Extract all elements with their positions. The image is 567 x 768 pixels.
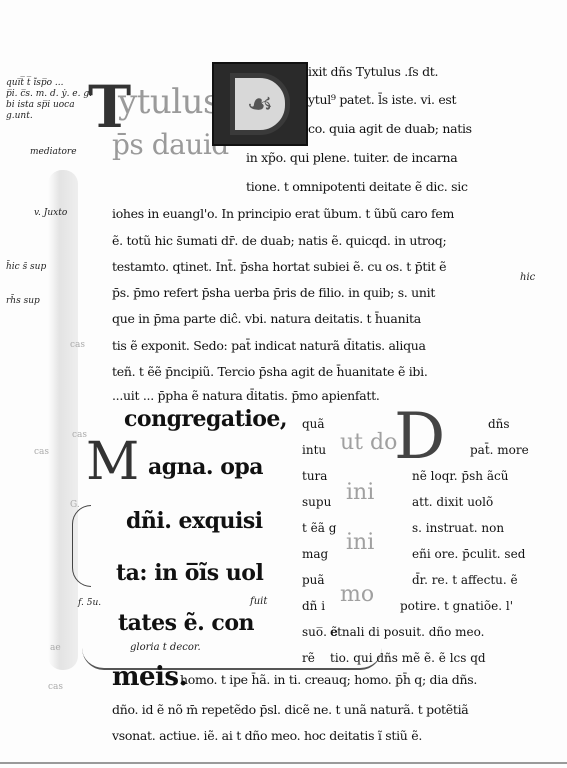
text-line-9: p̄s. p̄mo refert p̄sha uerba p̄ris de fi… xyxy=(112,285,435,301)
text-line-12: teñ. t ẽẽ p̄ncipiũ. Tercio p̄sha agit de… xyxy=(112,364,428,380)
initial-D-second: D xyxy=(394,405,445,469)
margin-note-top-4: g.unt. xyxy=(6,111,33,122)
mid-line-10: rẽ xyxy=(302,650,315,666)
margin-note-mediatore: mediatore xyxy=(30,147,77,158)
bottom-line-1: dño. id ẽ nõ m̄ repetẽdo p̄sl. dicẽ ne. … xyxy=(112,702,468,718)
mid-line-6: mag xyxy=(302,546,328,562)
right-line-6: eñi ore. p̄culit. sed xyxy=(412,546,525,562)
rubric-tytulus: ytulus xyxy=(118,82,220,122)
gloss-fuit: fuit xyxy=(250,596,267,607)
text-line-1: ixit dñs Tytulus .ſs dt. xyxy=(308,64,438,80)
text-line-7: ẽ. totũ hic s̄umati dr̄. de duab; natis … xyxy=(112,233,446,249)
text-line-6: iohes in euangl'o. In principio erat ũbu… xyxy=(112,206,454,222)
bottom-line-2: vsonat. actiue. iẽ. ai t dño meo. hoc de… xyxy=(112,728,422,744)
mid-line-2: intu xyxy=(302,442,326,458)
mid-line-7: puã xyxy=(302,572,325,588)
faint-rubric-ut-do: ut do xyxy=(340,430,397,455)
text-line-5: tione. t omnipotenti deitate ẽ dic. sic xyxy=(246,179,468,195)
mid-line-5: t ẽã g xyxy=(302,520,336,536)
margin-note-top-2: p̅i. c̅s. m. d. ẏ. e. g. xyxy=(6,89,92,100)
faint-rubric-ini-2: ini xyxy=(346,530,374,555)
mid-line-3: tura xyxy=(302,468,327,484)
right-line-10: tio. qui dñs mẽ ẽ. ẽ lcs qd xyxy=(330,650,486,666)
text-line-11: tis ẽ exponit. Sedo: pat̄ indicat naturã… xyxy=(112,338,426,354)
ornate-initial-D: ☙ xyxy=(212,62,308,146)
manuscript-page: qui̅t̅ t̅ ĩsp̅o ... p̅i. c̅s. m. d. ẏ. e… xyxy=(0,0,567,768)
text-line-homo: homo. t ipe h̄ã. in ti. creauq; homo. p̄… xyxy=(180,672,477,688)
right-line-1: dñs xyxy=(488,416,510,432)
flourish-ornament xyxy=(72,505,91,587)
mid-line-1: quã xyxy=(302,416,325,432)
margin-note-top-3: bi ista sp̅i uoca xyxy=(6,100,75,111)
margin-note-top-1: qui̅t̅ t̅ ĩsp̅o ... xyxy=(6,78,64,89)
right-line-2: pat̄. more xyxy=(470,442,529,458)
margin-note-sup-1: h̄ic s̄ sup xyxy=(6,262,46,273)
initial-D-figure-icon: ☙ xyxy=(230,73,290,135)
panel-line-congregatione: congregatioe, xyxy=(124,406,287,432)
text-line-3: co. quia agit de duab; natis xyxy=(308,121,472,137)
page-bottom-edge xyxy=(0,762,567,764)
right-line-5: s. instruat. non xyxy=(412,520,504,536)
margin-note-cas-3: cas xyxy=(34,447,49,458)
margin-note-cas-1: cas xyxy=(70,340,85,351)
mid-line-8: dñ i xyxy=(302,598,325,614)
text-line-8: testamto. qtinet. Int̄. p̄sha hortat sub… xyxy=(112,259,446,275)
faint-rubric-ini-1: ini xyxy=(346,480,374,505)
right-line-7: d̄r. re. t affectu. ẽ xyxy=(412,572,518,588)
text-line-10: que in p̄ma parte diĉ. vbi. natura deita… xyxy=(112,311,421,327)
margin-note-fs: f. 5u. xyxy=(78,598,101,609)
margin-note-cas-2: cas xyxy=(72,430,87,441)
faint-rubric-mo: mo xyxy=(340,582,374,607)
panel-line-meis: meis. xyxy=(112,664,187,690)
margin-note-v: v. Juxto xyxy=(34,208,67,219)
panel-line-tates-con: tates ẽ. con xyxy=(118,610,254,636)
margin-note-cas-4: cas xyxy=(48,682,63,693)
margin-note-ae: ae xyxy=(50,643,61,654)
text-line-13: ...uit ... p̄pha ẽ natura d̄itatis. p̄mo… xyxy=(112,388,380,404)
right-line-9: etnali di posuit. dño meo. xyxy=(330,624,484,640)
text-line-4: in xp̃o. qui plene. tuiter. de incarna xyxy=(246,150,457,166)
initial-M: M xyxy=(86,436,139,488)
right-line-4: att. dixit uolõ xyxy=(412,494,493,510)
panel-line-dni-exquisi: dñi. exquisi xyxy=(126,508,263,534)
mid-line-4: supu xyxy=(302,494,331,510)
right-line-3: nẽ loqr. p̄sh ãcũ xyxy=(412,468,508,484)
text-line-2: ytul⁹ patet. l̄s iste. vi. est xyxy=(308,92,456,108)
right-line-8: potire. t gnatiõe. l' xyxy=(400,598,513,614)
panel-line-ta-in-omnis: ta: in o̅ĩs uol xyxy=(116,560,263,586)
panel-line-magna-opa: agna. opa xyxy=(148,454,263,480)
margin-note-sup-2: rh̄s sup xyxy=(6,296,40,307)
gloss-hic: hic xyxy=(520,272,535,283)
